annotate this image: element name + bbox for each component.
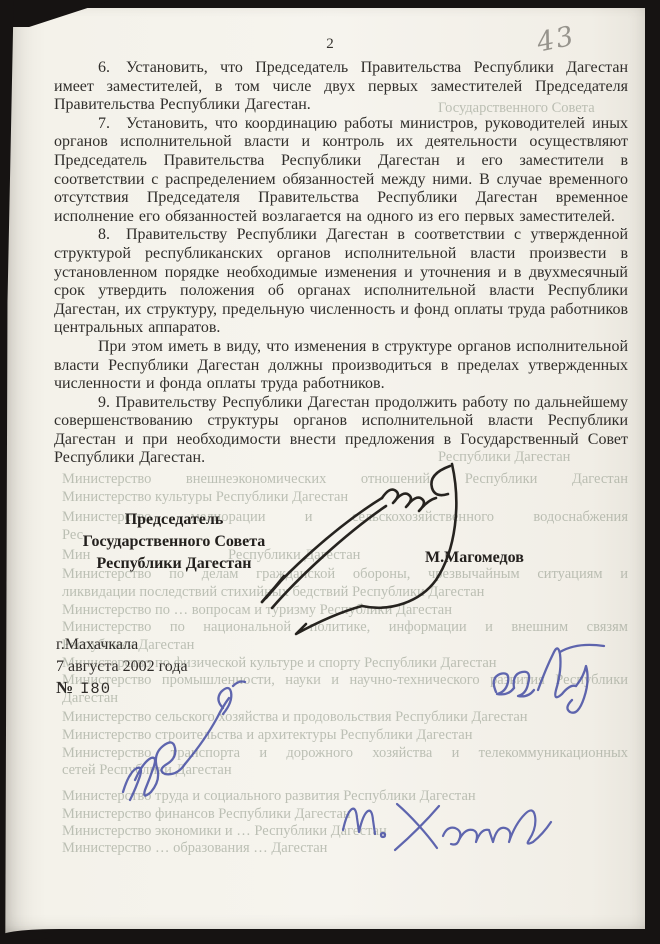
paragraph: 7. Установить, что координацию работы ми… xyxy=(54,115,628,227)
paragraph: При этом иметь в виду, что изменения в с… xyxy=(54,338,628,394)
scan-border-bottom xyxy=(0,929,660,944)
paragraph: 6. Установить, что Председатель Правител… xyxy=(54,59,628,115)
paragraph: 9. Правительству Республики Дагестан про… xyxy=(54,394,628,468)
signature-visa-bottom-ink xyxy=(335,788,565,853)
signature-visa-right-ink xyxy=(482,640,622,725)
scan-border-bottom-blob xyxy=(6,931,52,940)
body-paragraphs: 6. Установить, что Председатель Правител… xyxy=(54,59,628,468)
scan-border-right xyxy=(645,0,660,944)
issuance-city: г.Махачкала xyxy=(56,634,188,656)
scanned-document-page: Государственного СоветаРеспублики Дагест… xyxy=(0,0,660,944)
number-sign: № xyxy=(56,678,73,697)
issuance-date: 7 августа 2002 года xyxy=(56,656,188,678)
signature-visa-left-ink xyxy=(105,680,255,810)
signature-chairman-ink xyxy=(250,462,460,647)
paragraph: 8. Правительству Республики Дагестан в с… xyxy=(54,226,628,338)
